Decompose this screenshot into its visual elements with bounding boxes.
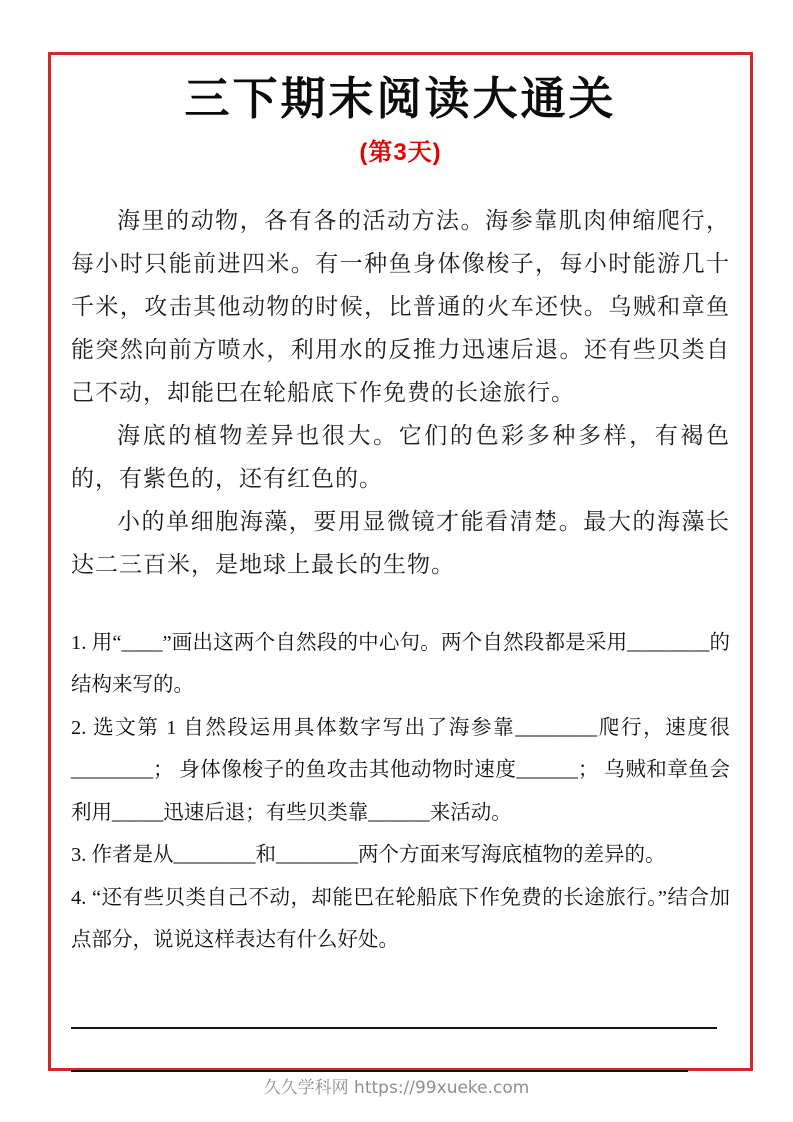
question-1: 1. 用“____”画出这两个自然段的中心句。两个自然段都是采用________… (71, 622, 730, 707)
question-list: 1. 用“____”画出这两个自然段的中心句。两个自然段都是采用________… (71, 622, 730, 962)
answer-area (71, 986, 730, 1072)
answer-line-2 (71, 1029, 688, 1072)
answer-line-1 (71, 986, 717, 1029)
day-subtitle: (第3天) (71, 132, 730, 167)
question-2: 2. 选文第 1 自然段运用具体数字写出了海参靠________爬行，速度很__… (71, 707, 730, 835)
question-4: 4. “还有些贝类自己不动，却能巴在轮船底下作免费的长途旅行。”结合加点部分，说… (71, 877, 730, 962)
question-3: 3. 作者是从________和________两个方面来写海底植物的差异的。 (71, 834, 730, 877)
page-title: 三下期末阅读大通关 (71, 73, 730, 125)
reading-passage: 海里的动物，各有各的活动方法。海参靠肌肉伸缩爬行，每小时只能前进四米。有一种鱼身… (71, 199, 730, 586)
worksheet-red-frame: 三下期末阅读大通关 (第3天) 海里的动物，各有各的活动方法。海参靠肌肉伸缩爬行… (48, 52, 753, 1071)
passage-paragraph-3: 小的单细胞海藻，要用显微镜才能看清楚。最大的海藻长达二三百米，是地球上最长的生物… (71, 500, 730, 586)
passage-paragraph-2: 海底的植物差异也很大。它们的色彩多种多样，有褐色的，有紫色的，还有红色的。 (71, 414, 730, 500)
passage-paragraph-1: 海里的动物，各有各的活动方法。海参靠肌肉伸缩爬行，每小时只能前进四米。有一种鱼身… (71, 199, 730, 414)
footer-watermark-url: 久久学科网 https://99xueke.com (0, 1073, 793, 1098)
